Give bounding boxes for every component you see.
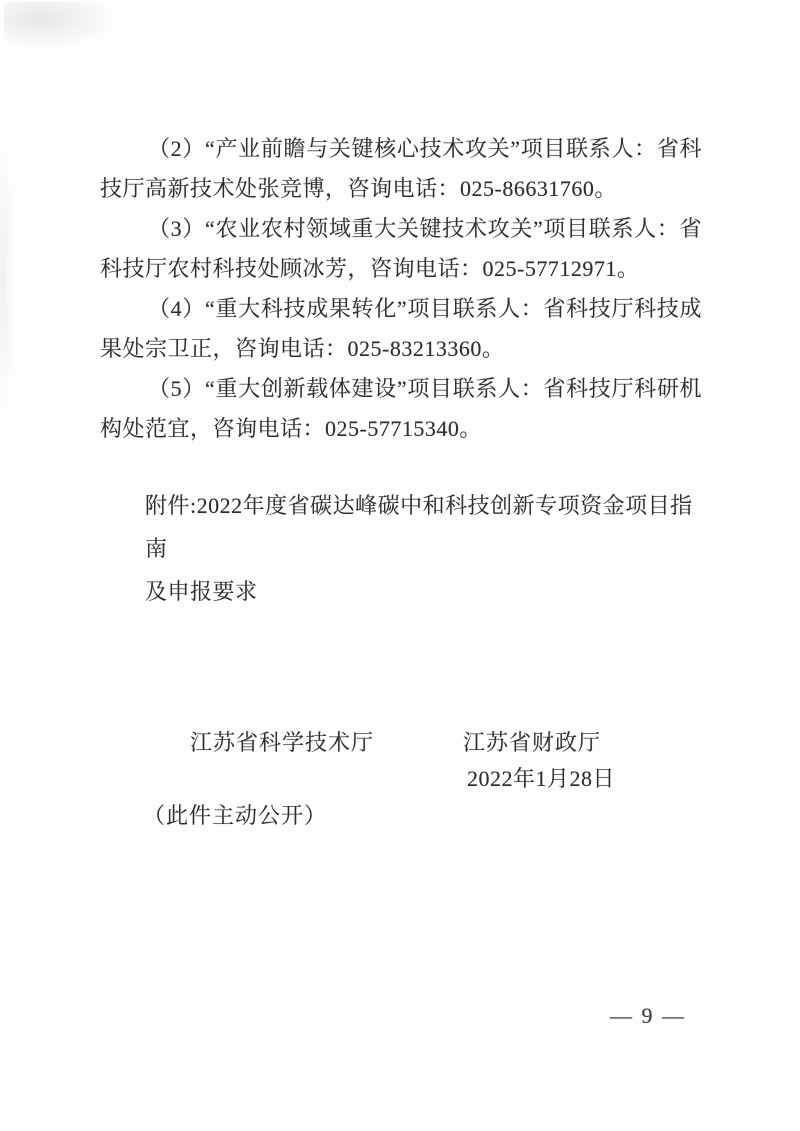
paragraph-5-line-1: （5）“重大创新载体建设”项目联系人：省科技厅科研机 — [100, 369, 702, 409]
scan-artifact-top-left — [4, 2, 114, 50]
attachment-title-line-1: 2022年度省碳达峰碳中和科技创新专项资金项目指南 — [145, 493, 693, 561]
document-page: （2）“产业前瞻与关键核心技术攻关”项目联系人：省科 技厅高新技术处张竞博，咨询… — [0, 0, 800, 1131]
paragraph-5-line-2: 构处范宜，咨询电话：025-57715340。 — [100, 409, 702, 449]
paragraph-4-line-1: （4）“重大科技成果转化”项目联系人：省科技厅科技成 — [100, 289, 702, 329]
attachment-title-line-2: 及申报要求 — [145, 570, 705, 613]
signature-agency-left: 江苏省科学技术厅 — [190, 728, 374, 758]
signature-date: 2022年1月28日 — [467, 764, 615, 794]
paragraph-2-line-2: 技厅高新技术处张竞博，咨询电话：025-86631760。 — [100, 169, 702, 209]
scan-artifact-left-edge — [0, 150, 14, 410]
attachment-line-1: 附件:2022年度省碳达峰碳中和科技创新专项资金项目指南 — [145, 484, 705, 570]
document-body: （2）“产业前瞻与关键核心技术攻关”项目联系人：省科 技厅高新技术处张竞博，咨询… — [100, 129, 702, 449]
paragraph-4-line-2: 果处宗卫正，咨询电话：025-83213360。 — [100, 329, 702, 369]
paragraph-3-line-2: 科技厅农村科技处顾冰芳，咨询电话：025-57712971。 — [100, 249, 702, 289]
paragraph-3-line-1: （3）“农业农村领域重大关键技术攻关”项目联系人：省 — [100, 209, 702, 249]
paragraph-2-line-1: （2）“产业前瞻与关键核心技术攻关”项目联系人：省科 — [100, 129, 702, 169]
disclosure-note: （此件主动公开） — [143, 801, 327, 831]
attachment-label: 附件: — [145, 493, 197, 518]
attachment-reference: 附件:2022年度省碳达峰碳中和科技创新专项资金项目指南 及申报要求 — [145, 484, 705, 613]
signature-agency-right: 江苏省财政厅 — [463, 728, 601, 758]
page-number: — 9 — — [610, 1001, 686, 1031]
